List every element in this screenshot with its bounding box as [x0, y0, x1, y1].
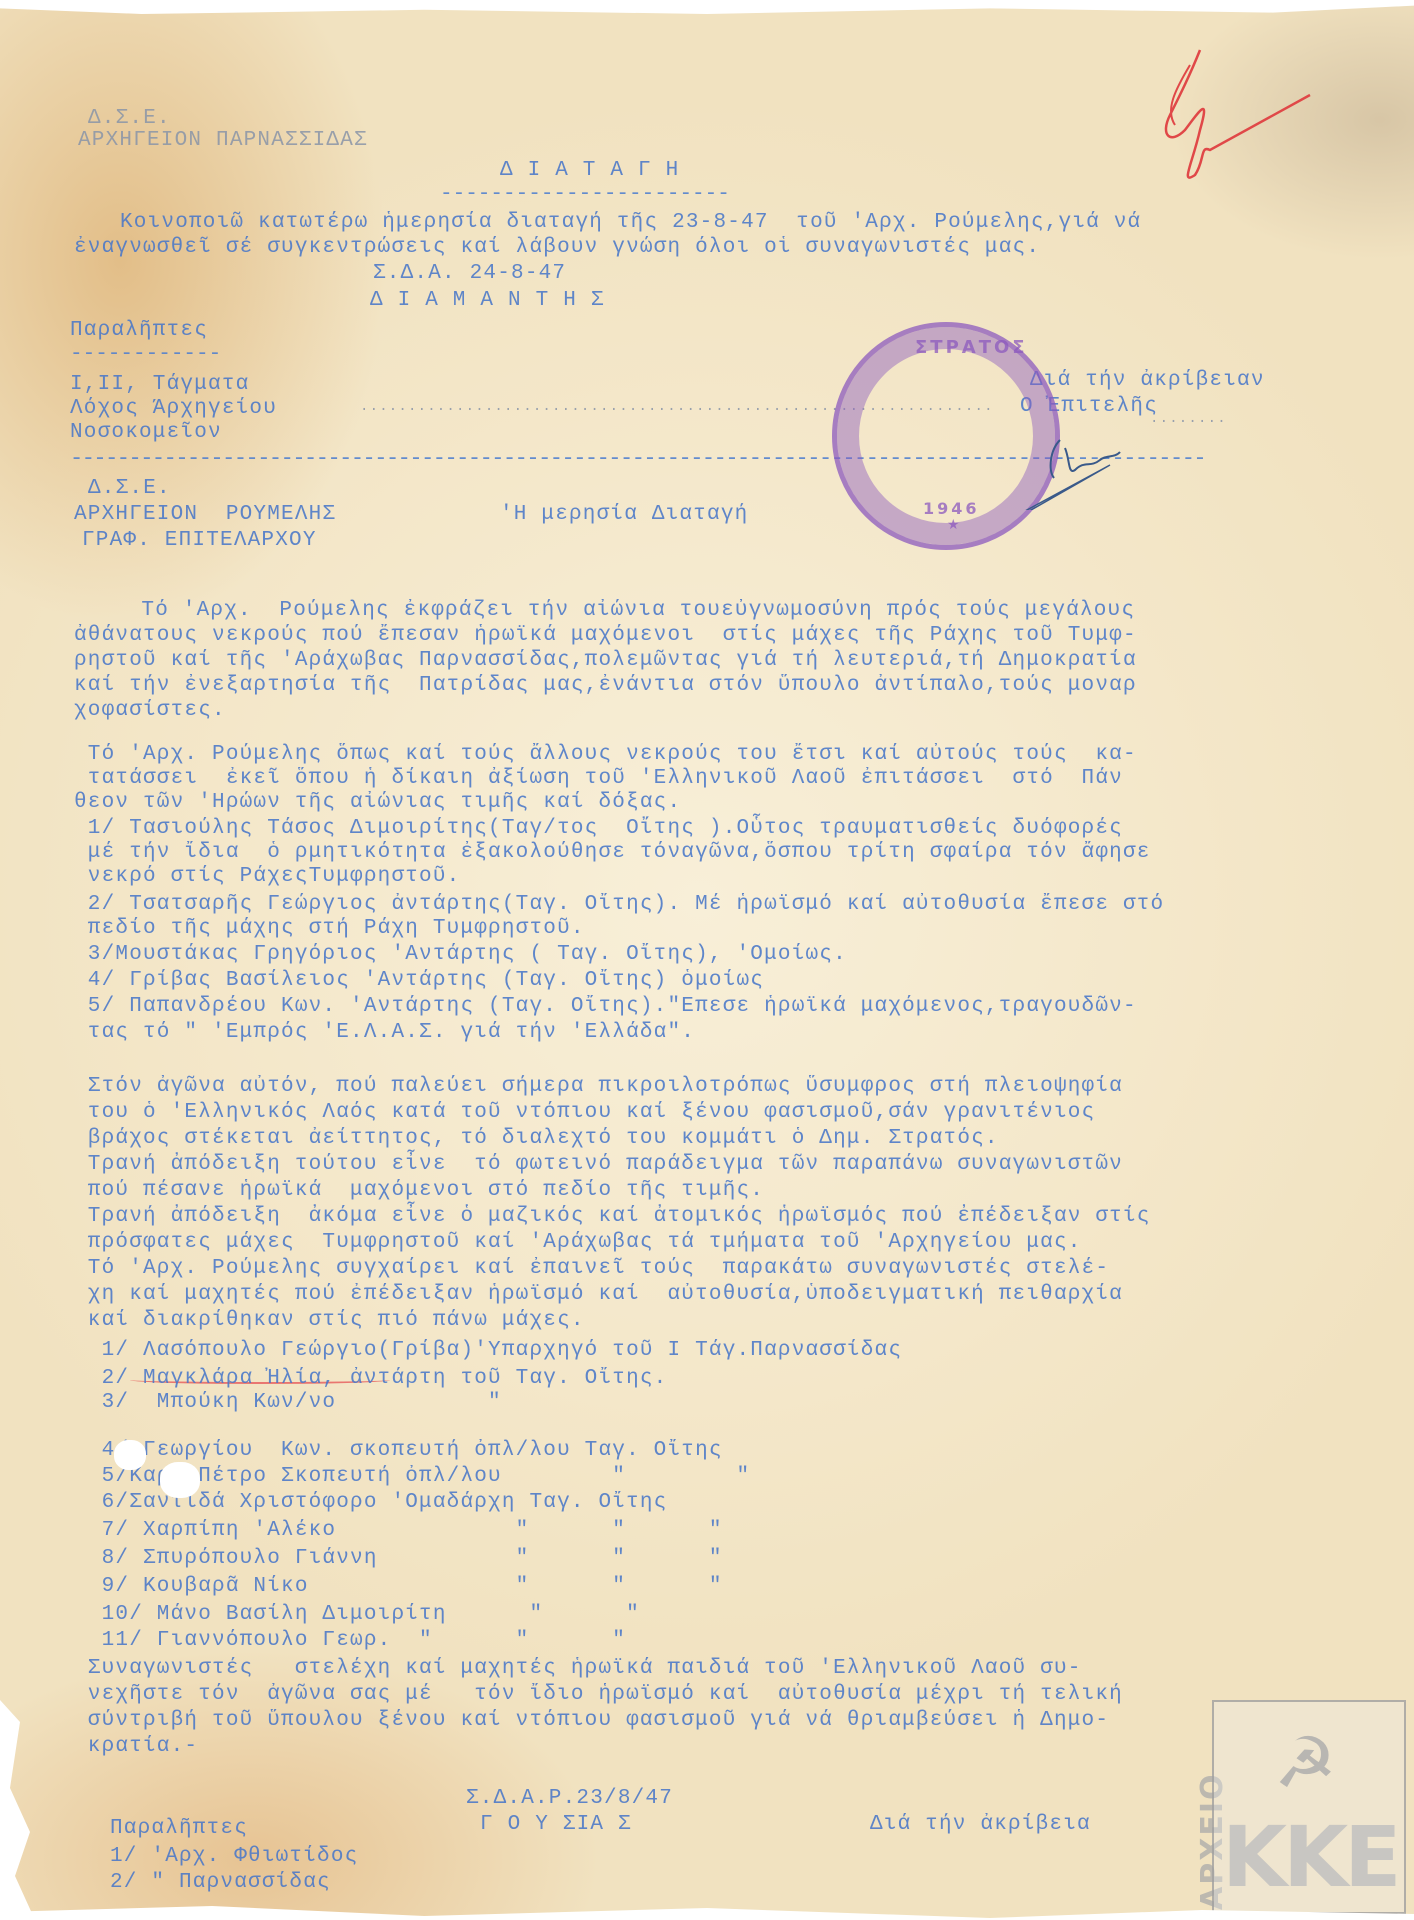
intro-line-1: Κοινοποιῶ κατωτέρω ἡμερησία διαταγή τῆς …: [120, 212, 1141, 233]
body-line: καί τήν ἐνεξαρτησία τῆς Πατρίδας μας,ἐνά…: [74, 675, 1137, 696]
body-line: σύντριβή τοῦ ὕπουλου ξένου καί ντόπιου φ…: [74, 1710, 1109, 1731]
body-line: Τρανή ἀπόδειξη ἀκόμα εἶνε ὁ μαζικός καί …: [74, 1206, 1151, 1227]
recipients-label: Παραλῆπτες: [70, 320, 208, 341]
title-rule: -----------------------: [440, 184, 730, 205]
header-command: ΑΡΧΗΓΕΙΟΝ ΠΑΡΝΑΣΣΙΔΑΣ: [78, 130, 368, 151]
commended-item: 11/ Γιαννόπουλο Γεωρ. " " ": [74, 1630, 626, 1651]
body-line: θεον τῶν 'Ηρώων τῆς αἰώνιας τιμῆς καί δό…: [74, 792, 681, 813]
fallen-item: 3/Μουστάκας Γρηγόριος 'Αντάρτης ( Ταγ. Ο…: [74, 944, 847, 965]
order-recipients-label: Παραλῆπτες: [110, 1818, 248, 1839]
fallen-item: τας τό " 'Εμπρός 'Ε.Λ.Α.Σ. γιά τήν 'Ελλά…: [74, 1022, 695, 1043]
header-org: Δ.Σ.Ε.: [88, 108, 171, 129]
body-line: Τρανή ἀπόδειξη τούτου εἶνε τό φωτεινό πα…: [74, 1154, 1123, 1175]
certification-dots: ........: [1150, 412, 1227, 426]
body-line: κρατία.-: [74, 1736, 198, 1757]
header-date-ref: Σ.Δ.Α. 24-8-47: [373, 263, 566, 284]
recipient-item: Νοσοκομεῖον: [70, 422, 222, 443]
order-office: ΓΡΑΦ. ΕΠΙΤΕΛΑΡΧΟΥ: [82, 530, 317, 551]
body-line: τατάσσει ἐκεῖ ὅπου ἡ δίκαιη ἀξίωση τοῦ '…: [74, 768, 1123, 789]
order-recipient: 2/ " Παρνασσίδας: [110, 1872, 331, 1893]
torn-edge-left: [0, 1700, 50, 1920]
body-line: Τό 'Αρχ. Ρούμελης συγχαίρει καί ἐπαινεῖ …: [74, 1258, 1109, 1279]
body-line: Στόν ἀγῶνα αὐτόν, πού παλεύει σήμερα πικ…: [74, 1076, 1123, 1097]
body-line: πού πέσανε ἡρωϊκά μαχόμενοι στό πεδίο τῆ…: [74, 1180, 764, 1201]
fallen-item: 2/ Τσατσαρῆς Γεώργιος ἀντάρτης(Ταγ. Οἴτη…: [74, 894, 1164, 915]
recipient-item: Ι,ΙΙ, Τάγματα: [70, 374, 249, 395]
order-command: ΑΡΧΗΓΕΙΟΝ ΡΟΥΜΕΛΗΣ: [74, 504, 336, 525]
commended-item: 1/ Λασόπουλο Γεώργιο(Γρίβα)'Υπαρχηγό τοῦ…: [74, 1340, 902, 1361]
commended-item: 7/ Χαρπίπη 'Αλέκο " " ": [74, 1520, 723, 1541]
recipient-item: Λόχος Άρχηγείου: [70, 398, 277, 419]
commended-item: 3/ Μπούκη Κων/νο ": [74, 1392, 502, 1413]
fallen-item: 4/ Γρίβας Βασίλειος 'Αντάρτης (Ταγ. Οἴτη…: [74, 970, 764, 991]
commended-item: 2/ Μαγκλάρα Ἠλία, ἀντάρτη τοῦ Ταγ. Οἴτης…: [74, 1368, 668, 1389]
commended-item: 9/ Κουβαρᾶ Νίκο " " ": [74, 1576, 723, 1597]
fallen-item: μέ τήν ἴδια ὁ ρμητικότητα ἐξακολούθησε τ…: [74, 842, 1151, 863]
order-org: Δ.Σ.Ε.: [88, 478, 171, 499]
paper-hole: [114, 1440, 146, 1470]
document-title: Δ Ι Α Τ Α Γ Η: [500, 160, 679, 181]
kke-logo-text: ΚΚΕ: [1222, 1808, 1398, 1906]
order-certification: Διά τήν ἀκρίβεια: [870, 1814, 1091, 1835]
kke-logo-watermark: ☭ ΚΚΕ: [1212, 1700, 1406, 1914]
red-pencil-signature-icon: [1130, 35, 1320, 185]
body-line: ρηστοῦ καί τῆς 'Αράχωβας Παρνασσίδας,πολ…: [74, 650, 1137, 671]
order-signature: Γ Ο Υ ΣΙΑ Σ: [480, 1814, 632, 1835]
body-line: νεχῆστε τόν ἀγῶνα σας μέ τόν ἴδιο ἡρωϊσμ…: [74, 1684, 1123, 1705]
fallen-item: νεκρό στίς ΡάχεςΤυμφρηστοῦ.: [74, 866, 460, 887]
torn-edge-top: [0, 0, 1414, 14]
body-line: ἀθάνατους νεκρούς πού ἔπεσαν ἡρωϊκά μαχό…: [74, 625, 1137, 646]
fallen-item: 5/ Παπανδρέου Κων. 'Αντάρτης (Ταγ. Οἴτης…: [74, 996, 1137, 1017]
body-line: χη καί μαχητές πού ἐπέδειξαν ἡρωϊσμό καί…: [74, 1284, 1123, 1305]
order-recipient: 1/ 'Αρχ. Φθιωτίδος: [110, 1846, 358, 1867]
body-line: Τό 'Αρχ. Ρούμελης ὅπως καί τούς ἄλλους ν…: [74, 744, 1137, 765]
body-line: Τό 'Αρχ. Ρούμελης ἐκφράζει τήν αἰώνια το…: [100, 600, 1135, 621]
body-line: του ὁ 'Ελληνικός Λαός κατά τοῦ ντόπιου κ…: [74, 1102, 1095, 1123]
document-page: Δ.Σ.Ε. ΑΡΧΗΓΕΙΟΝ ΠΑΡΝΑΣΣΙΔΑΣ Δ Ι Α Τ Α Γ…: [0, 0, 1414, 1920]
body-line: βράχος στέκεται ἀείττητος, τό διαλεχτό τ…: [74, 1128, 999, 1149]
body-line: καί διακρίθηκαν στίς πιό πάνω μάχες.: [74, 1310, 585, 1331]
hammer-sickle-icon: ☭: [1274, 1722, 1337, 1804]
commended-item: 6/Σαντιδά Χριστόφορο 'Ομαδάρχη Ταγ. Οἴτη…: [74, 1492, 668, 1513]
intro-line-2: ἐναγνωσθεῖ σέ συγκεντρώσεις καί λάβουν γ…: [74, 237, 1040, 258]
certification-line-1: Διά τήν ἀκρίβειαν: [1030, 370, 1265, 391]
fallen-item: πεδίο τῆς μάχης στή Ράχη Τυμφρηστοῦ.: [74, 918, 585, 939]
commended-item: 8/ Σπυρόπουλο Γιάννη " " ": [74, 1548, 723, 1569]
recipients-rule: ------------: [70, 344, 221, 365]
body-line: πρόσφατες μάχες Τυμφρηστοῦ καί 'Αράχωβας…: [74, 1232, 1082, 1253]
paper-hole: [160, 1462, 200, 1498]
body-line: Συναγωνιστές στελέχη καί μαχητές ἡρωϊκά …: [74, 1658, 1082, 1679]
order-date-ref: Σ.Δ.Α.Ρ.23/8/47: [466, 1788, 673, 1809]
stamp-top-text: ΣΤΡΑΤΟΣ: [915, 337, 1028, 358]
body-line: χοφασίστες.: [74, 700, 226, 721]
commended-item: 4/ Γεωργίου Κων. σκοπευτή ὀπλ/λου Ταγ. Ο…: [74, 1440, 723, 1461]
order-title: 'Η μερησία Διαταγή: [500, 504, 748, 525]
pen-signature-icon: [950, 430, 1150, 510]
stamp-star-icon: ★: [947, 517, 963, 533]
commended-item: 10/ Μάνο Βασίλη Διμοιρίτη " ": [74, 1604, 640, 1625]
distribution-heading: Δ Ι Α Μ Α Ν Τ Η Σ: [370, 290, 605, 311]
fallen-item: 1/ Τασιούλης Τάσος Διμοιρίτης(Ταγ/τος Οἴ…: [74, 818, 1123, 839]
